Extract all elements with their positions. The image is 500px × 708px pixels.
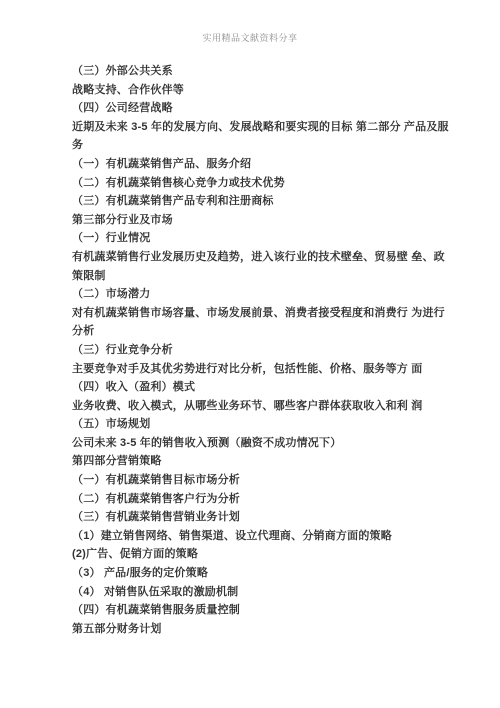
doc-line: 有机蔬菜销售行业发展历史及趋势，进入该行业的技术壁垒、贸易壁 垒、政 [72,248,492,267]
doc-line: （4） 对销售队伍采取的激励机制 [72,583,492,602]
doc-line: （一）行业情况 [72,229,492,248]
page-header-text: 实用精品文献资料分享 [0,33,500,44]
doc-line: 分析 [72,322,492,341]
doc-line: 主要竞争对手及其优劣势进行对比分析，包括性能、价格、服务等方 面 [72,360,492,379]
doc-line: 第五部分财务计划 [72,620,492,639]
doc-line: （二）市场潜力 [72,285,492,304]
doc-line: （四）收入（盈利）模式 [72,378,492,397]
doc-line: （3） 产品/服务的定价策略 [72,564,492,583]
doc-line: 务 [72,136,492,155]
doc-line: 业务收费、收入模式，从哪些业务环节、哪些客户群体获取收入和利 润 [72,397,492,416]
doc-line: （四）有机蔬菜销售服务质量控制 [72,601,492,620]
doc-line: 战略支持、合作伙伴等 [72,81,492,100]
doc-line: （五）市场规划 [72,415,492,434]
doc-line: 第四部分营销策略 [72,452,492,471]
doc-line: （三）行业竞争分析 [72,341,492,360]
doc-line: （1）建立销售网络、销售渠道、设立代理商、分销商方面的策略 [72,527,492,546]
doc-line: （四）公司经营战略 [72,99,492,118]
doc-line: （一）有机蔬菜销售产品、服务介绍 [72,155,492,174]
document-body: （三）外部公共关系战略支持、合作伙伴等（四）公司经营战略近期及未来 3-5 年的… [72,62,492,638]
doc-line: （三）外部公共关系 [72,62,492,81]
doc-line: 策限制 [72,267,492,286]
doc-line: 近期及未来 3-5 年的发展方向、发展战略和要实现的目标 第二部分 产品及服 [72,118,492,137]
document-page: 实用精品文献资料分享 （三）外部公共关系战略支持、合作伙伴等（四）公司经营战略近… [0,0,500,708]
doc-line: 公司未来 3-5 年的销售收入预测（融资不成功情况下） [72,434,492,453]
doc-line: （二）有机蔬菜销售客户行为分析 [72,490,492,509]
doc-line: （三）有机蔬菜销售营销业务计划 [72,508,492,527]
doc-line: （三）有机蔬菜销售产品专利和注册商标 [72,192,492,211]
doc-line: 对有机蔬菜销售市场容量、市场发展前景、消费者接受程度和消费行 为进行 [72,304,492,323]
doc-line: 第三部分行业及市场 [72,211,492,230]
doc-line: （一）有机蔬菜销售目标市场分析 [72,471,492,490]
doc-line: （二）有机蔬菜销售核心竞争力或技术优势 [72,174,492,193]
doc-line: (2)广告、促销方面的策略 [72,545,492,564]
